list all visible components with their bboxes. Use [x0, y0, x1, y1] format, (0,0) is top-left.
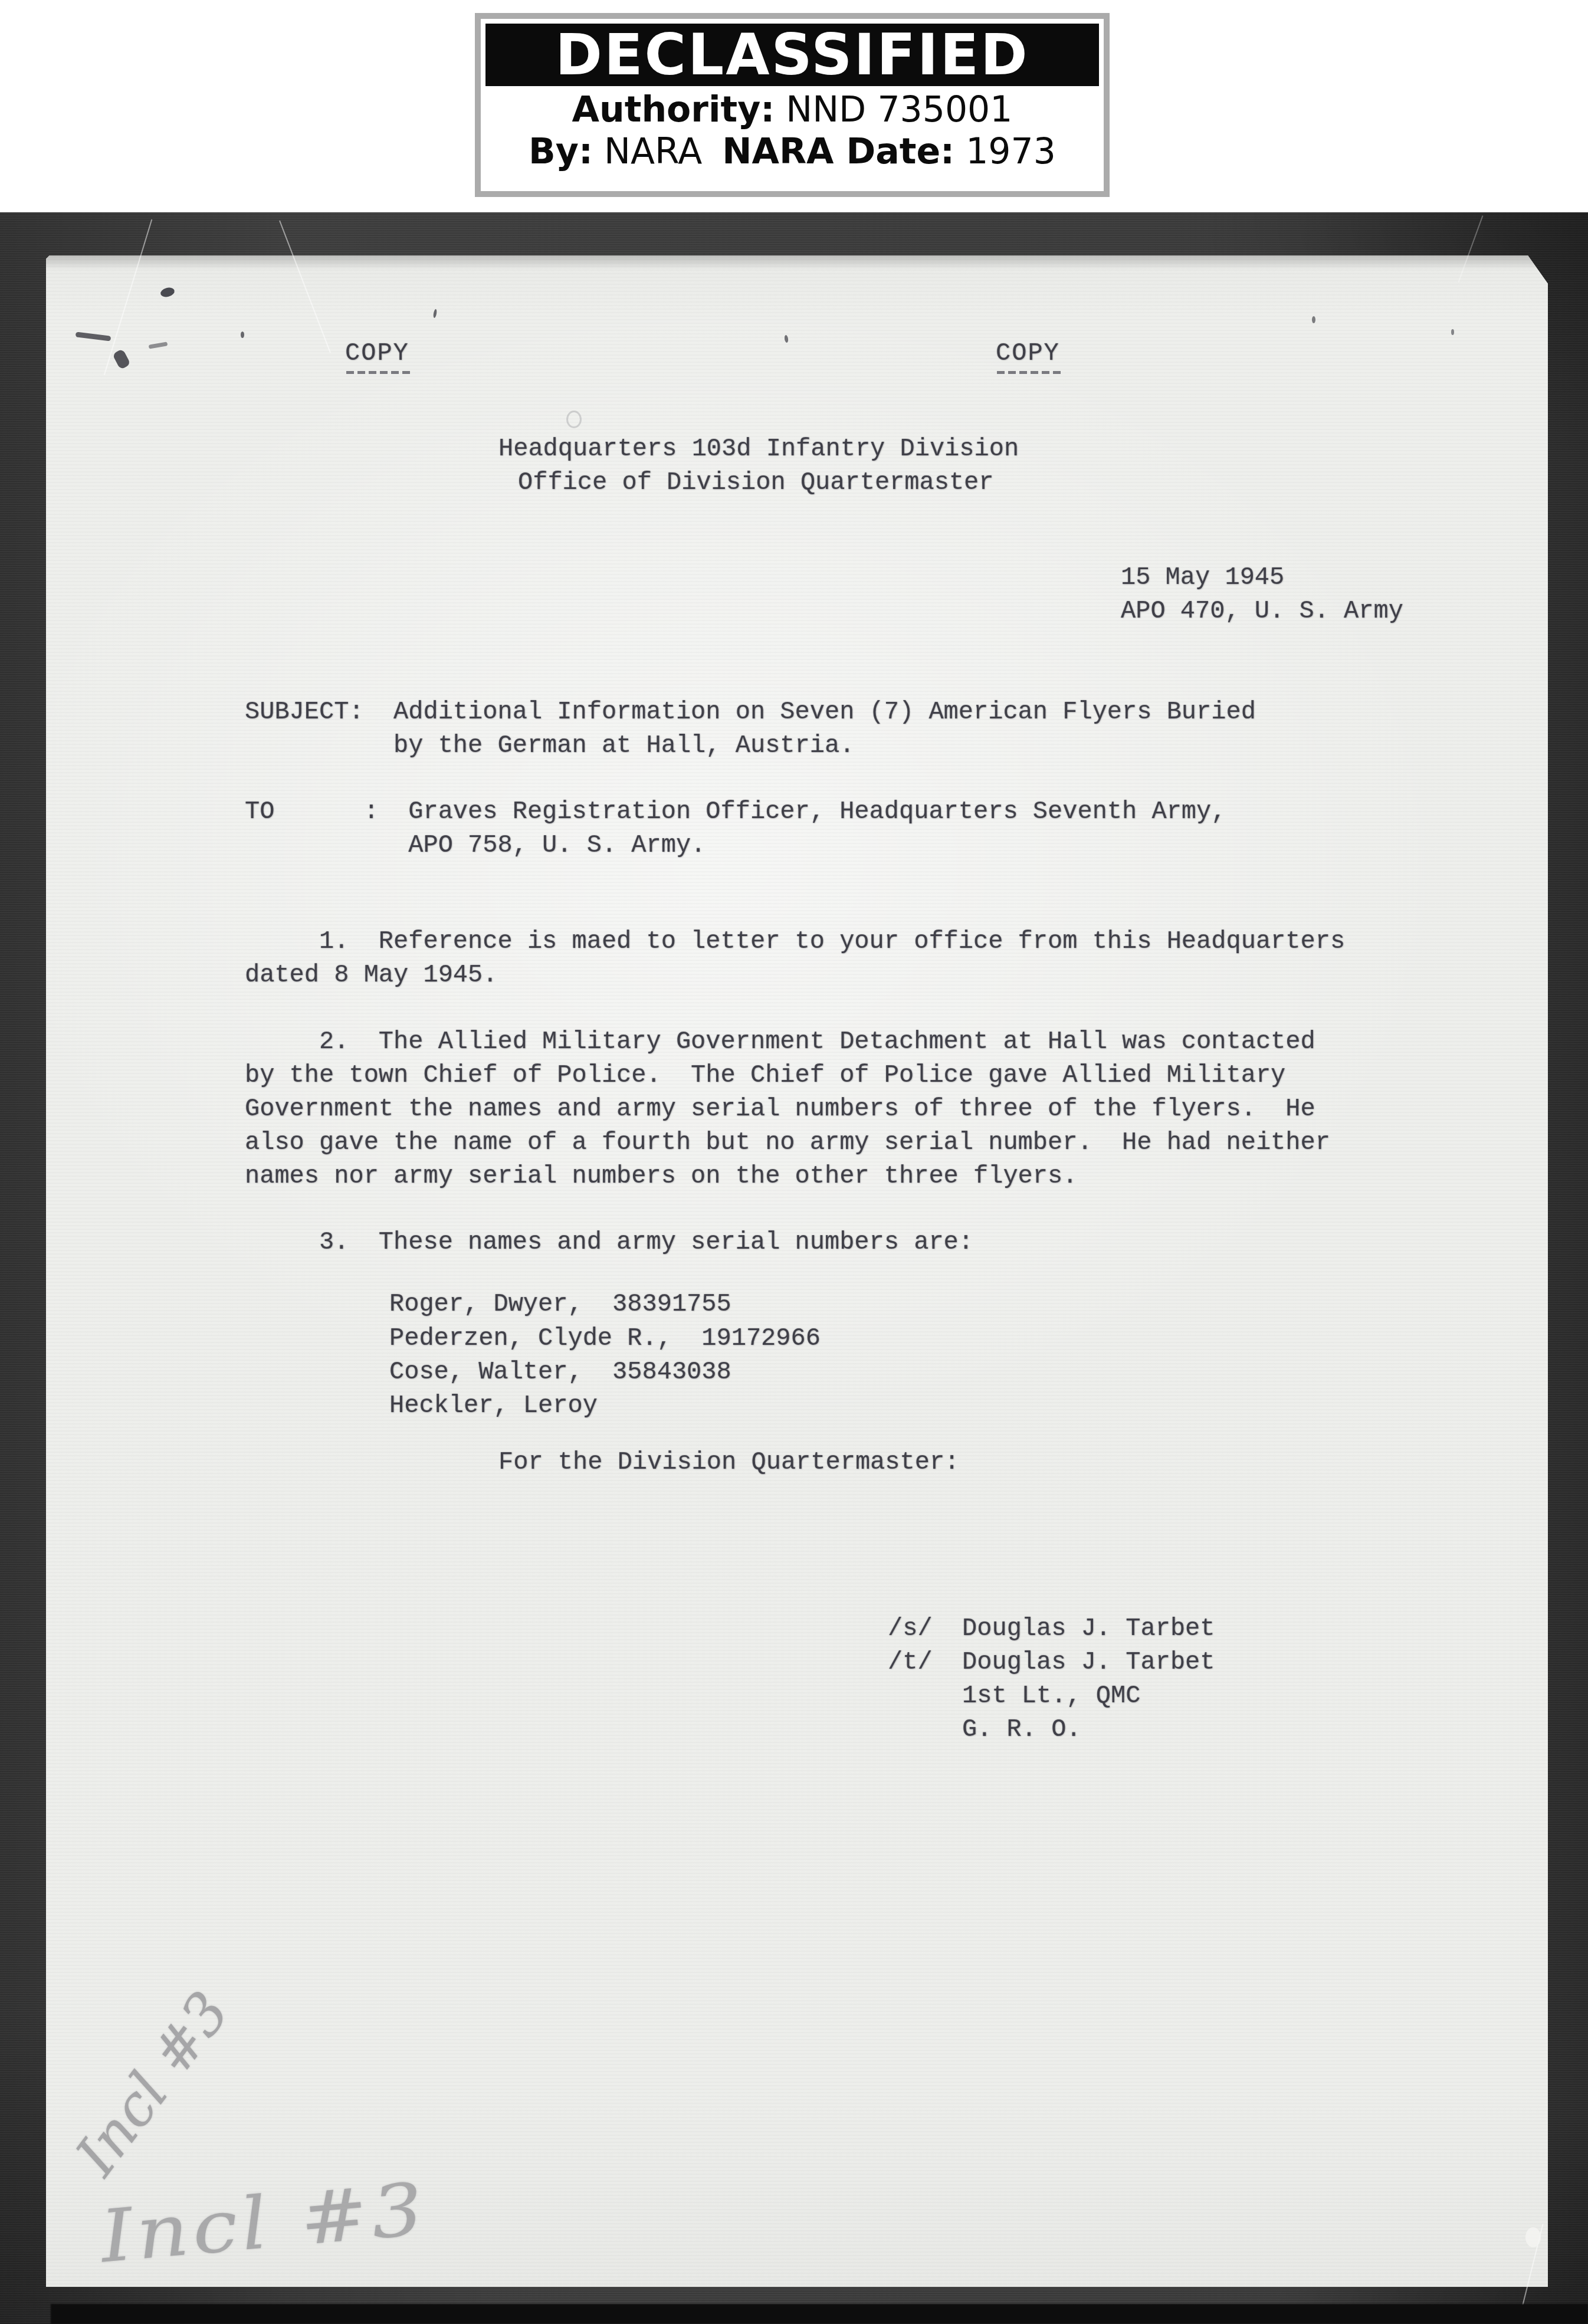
paragraph2-line4: also gave the name of a fourth but no ar… [245, 1129, 1330, 1156]
ink-speck [1312, 316, 1315, 323]
scan-white-blob [1525, 2227, 1541, 2247]
copy-left-label: COPY [345, 340, 409, 367]
paragraph2-line2: by the town Chief of Police. The Chief o… [245, 1062, 1285, 1089]
declassified-banner: DECLASSIFIED [485, 24, 1099, 86]
subject-line-2: by the German at Hall, Austria. [245, 732, 854, 759]
paragraph1-line1: 1. Reference is maed to letter to your o… [245, 928, 1345, 955]
paper-sheet [46, 255, 1548, 2287]
flyer-name-4: Heckler, Leroy [389, 1392, 598, 1419]
scan-bottom-black-bar [51, 2304, 1588, 2324]
signature-gro-line: G. R. O. [962, 1716, 1081, 1743]
signature-rank-line: 1st Lt., QMC [962, 1682, 1140, 1709]
copy-right-label: COPY [996, 340, 1060, 367]
subject-line-1: SUBJECT: Additional Information on Seven… [245, 698, 1256, 726]
paragraph2-line5: names nor army serial numbers on the oth… [245, 1163, 1077, 1190]
flyer-name-3: Cose, Walter, 35843038 [389, 1358, 731, 1386]
authority-label: Authority: [572, 89, 775, 130]
pencil-mark [566, 411, 582, 428]
nara-date-value: 1973 [966, 131, 1056, 172]
apo-line: APO 470, U. S. Army [1121, 598, 1403, 625]
to-line-1: TO : Graves Registration Officer, Headqu… [245, 798, 1226, 825]
date-line: 15 May 1945 [1121, 564, 1284, 591]
stamp-by-row: By: NARANARA Date: 1973 [481, 133, 1104, 170]
paragraph2-line1: 2. The Allied Military Government Detach… [245, 1028, 1315, 1055]
org-line-headquarters: Headquarters 103d Infantry Division [498, 435, 1019, 462]
ink-speck [1451, 329, 1454, 335]
signature-typed-line: /t/ Douglas J. Tarbet [888, 1649, 1215, 1676]
paragraph3-line1: 3. These names and army serial numbers a… [245, 1229, 973, 1256]
to-line-2: APO 758, U. S. Army. [245, 832, 706, 859]
stamp-title: DECLASSIFIED [555, 27, 1029, 83]
scanned-document-page: DECLASSIFIED Authority: NND 735001 By: N… [0, 0, 1588, 2324]
paragraph2-line3: Government the names and army serial num… [245, 1095, 1315, 1122]
org-line-office: Office of Division Quartermaster [518, 469, 994, 496]
flyer-name-1: Roger, Dwyer, 38391755 [389, 1291, 731, 1318]
closing-line: For the Division Quartermaster: [498, 1449, 959, 1476]
paragraph1-line2: dated 8 May 1945. [245, 961, 497, 989]
flyer-name-2: Pederzen, Clyde R., 19172966 [389, 1325, 821, 1352]
declassified-stamp: DECLASSIFIED Authority: NND 735001 By: N… [475, 13, 1110, 197]
by-value: NARA [604, 131, 702, 172]
by-label: By: [529, 131, 593, 172]
ink-speck [241, 331, 244, 338]
authority-value: NND 735001 [786, 89, 1012, 130]
nara-date-label: NARA Date: [722, 131, 954, 172]
stamp-authority-row: Authority: NND 735001 [481, 91, 1104, 128]
signature-signed-line: /s/ Douglas J. Tarbet [888, 1615, 1215, 1642]
